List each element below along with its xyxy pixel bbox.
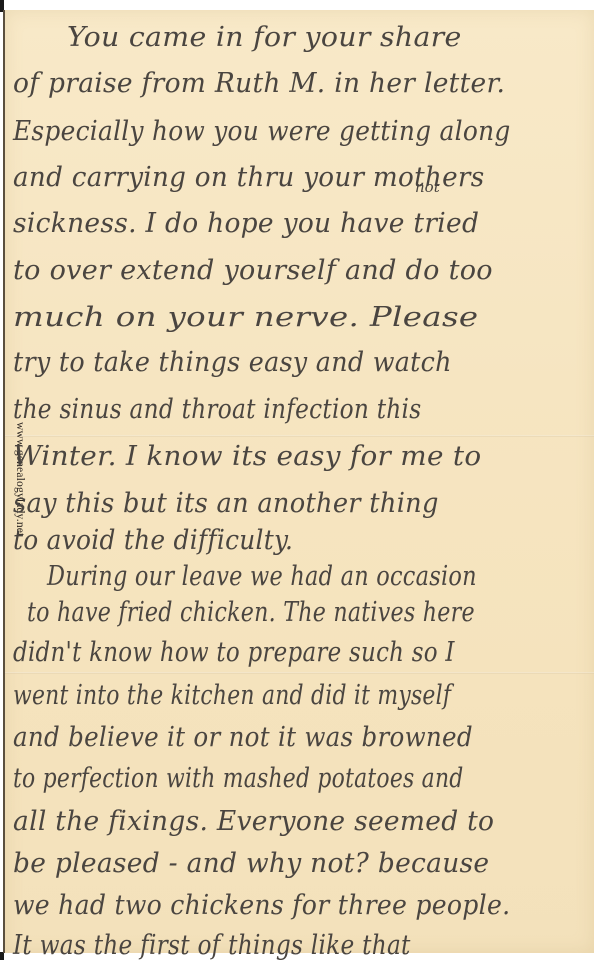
letter-line: and carrying on thru your mothers bbox=[13, 162, 484, 193]
scan-edge bbox=[0, 952, 4, 960]
letter-line: During our leave we had an occasion bbox=[47, 561, 477, 592]
letter-line: went into the kitchen and did it myself bbox=[13, 680, 451, 711]
letter-line: and believe it or not it was browned bbox=[13, 722, 473, 753]
letter-line: all the fixings. Everyone seemed to bbox=[13, 806, 494, 837]
letter-page: www.genealogylady.net You came in for yo… bbox=[3, 10, 594, 953]
letter-line: to avoid the difficulty. bbox=[13, 525, 293, 556]
letter-line: Winter. I know its easy for me to bbox=[13, 441, 481, 472]
letter-line: to over extend yourself and do too bbox=[13, 255, 493, 286]
letter-line: to have fried chicken. The natives here bbox=[27, 597, 475, 628]
letter-line: of praise from Ruth M. in her letter. bbox=[13, 68, 505, 99]
letter-line: say this but its an another thing bbox=[13, 488, 439, 519]
letter-line: be pleased - and why not? because bbox=[13, 848, 489, 879]
letter-line: try to take things easy and watch bbox=[13, 347, 452, 378]
letter-line: much on your nerve. Please bbox=[13, 302, 478, 333]
letter-line: It was the first of things like that bbox=[13, 930, 411, 960]
letter-body: You came in for your share of praise fro… bbox=[5, 10, 594, 953]
letter-line: didn't know how to prepare such so I bbox=[13, 637, 455, 668]
letter-line: to perfection with mashed potatoes and bbox=[13, 763, 464, 794]
letter-line: You came in for your share bbox=[67, 22, 462, 53]
letter-line: Especially how you were getting along bbox=[13, 116, 511, 147]
inserted-word: not bbox=[415, 178, 440, 196]
letter-line: the sinus and throat infection this bbox=[13, 394, 421, 425]
letter-line: we had two chickens for three people. bbox=[13, 890, 510, 921]
letter-line: sickness. I do hope you have tried bbox=[13, 208, 479, 239]
